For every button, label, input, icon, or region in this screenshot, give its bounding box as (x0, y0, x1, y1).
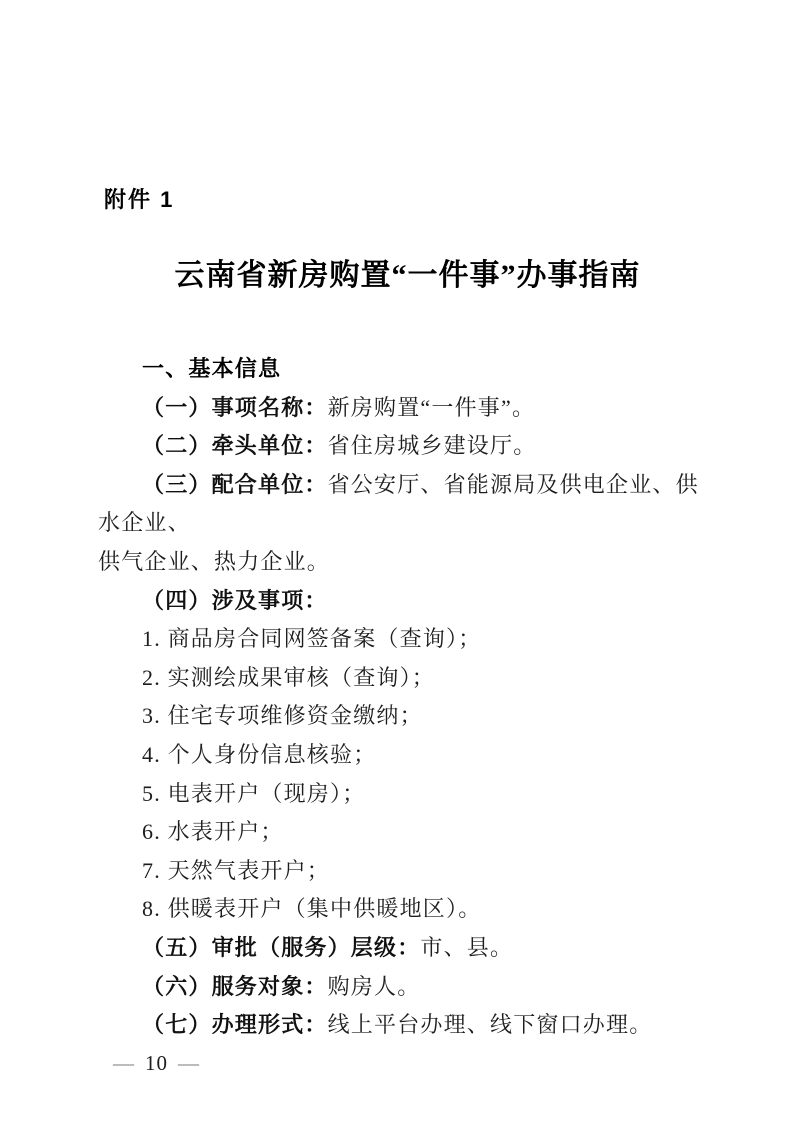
paragraph-label: （四）涉及事项： (142, 588, 328, 613)
paragraph-label: （五）审批（服务）层级： (142, 935, 420, 960)
page-footer: —10— (98, 1051, 717, 1076)
footer-left-dash: — (103, 1051, 145, 1075)
page-title: 云南省新房购置“一件事”办事指南 (98, 250, 717, 294)
paragraph-text: 线上平台办理、线下窗口办理。 (328, 1012, 653, 1037)
list-item-4: 4. 个人身份信息核验； (98, 736, 717, 775)
paragraph-label: （六）服务对象： (142, 974, 328, 999)
list-item-6: 6. 水表开户； (98, 813, 717, 852)
list-item-text: 8. 供暖表开户（集中供暖地区）。 (142, 896, 481, 921)
list-item-8: 8. 供暖表开户（集中供暖地区）。 (98, 890, 717, 929)
attachment-label: 附件 1 (104, 0, 717, 214)
paragraph-item-2: （二）牵头单位：省住房城乡建设厅。 (98, 427, 717, 466)
list-item-text: 5. 电表开户（现房）； (142, 781, 365, 806)
paragraph-item-3-continuation: 供气企业、热力企业。 (98, 543, 717, 582)
footer-right-dash: — (168, 1051, 210, 1075)
list-item-text: 6. 水表开户； (142, 819, 284, 844)
list-item-1: 1. 商品房合同网签备案（查询）； (98, 620, 717, 659)
list-item-text: 7. 天然气表开户； (142, 858, 330, 883)
page-number: 10 (145, 1051, 168, 1075)
list-item-text: 3. 住宅专项维修资金缴纳； (142, 703, 423, 728)
list-item-5: 5. 电表开户（现房）； (98, 775, 717, 814)
list-item-text: 4. 个人身份信息核验； (142, 742, 376, 767)
paragraph-item-4: （四）涉及事项： (98, 582, 717, 621)
list-item-7: 7. 天然气表开户； (98, 852, 717, 891)
paragraph-label: （二）牵头单位： (142, 433, 328, 458)
list-item-3: 3. 住宅专项维修资金缴纳； (98, 697, 717, 736)
paragraph-label: （七）办理形式： (142, 1012, 328, 1037)
document-body: 一、基本信息 （一）事项名称：新房购置“一件事”。 （二）牵头单位：省住房城乡建… (98, 350, 717, 1045)
paragraph-item-7: （七）办理形式：线上平台办理、线下窗口办理。 (98, 1006, 717, 1045)
paragraph-item-3: （三）配合单位：省公安厅、省能源局及供电企业、供水企业、 (98, 466, 717, 543)
paragraph-text: 新房购置“一件事”。 (328, 395, 536, 420)
paragraph-label: （三）配合单位： (142, 472, 328, 497)
paragraph-text: 省住房城乡建设厅。 (328, 433, 537, 458)
paragraph-text: 购房人。 (328, 974, 421, 999)
paragraph-text: 市、县。 (420, 935, 513, 960)
paragraph-label: （一）事项名称： (142, 395, 328, 420)
paragraph-text: 供气企业、热力企业。 (98, 549, 330, 574)
list-item-text: 1. 商品房合同网签备案（查询）； (142, 626, 481, 651)
list-item-2: 2. 实测绘成果审核（查询）； (98, 659, 717, 698)
list-item-text: 2. 实测绘成果审核（查询）； (142, 665, 435, 690)
document-page: 附件 1 云南省新房购置“一件事”办事指南 一、基本信息 （一）事项名称：新房购… (0, 0, 793, 1122)
paragraph-item-5: （五）审批（服务）层级：市、县。 (98, 929, 717, 968)
paragraph-item-1: （一）事项名称：新房购置“一件事”。 (98, 389, 717, 428)
section-heading: 一、基本信息 (98, 350, 717, 389)
paragraph-item-6: （六）服务对象：购房人。 (98, 968, 717, 1007)
